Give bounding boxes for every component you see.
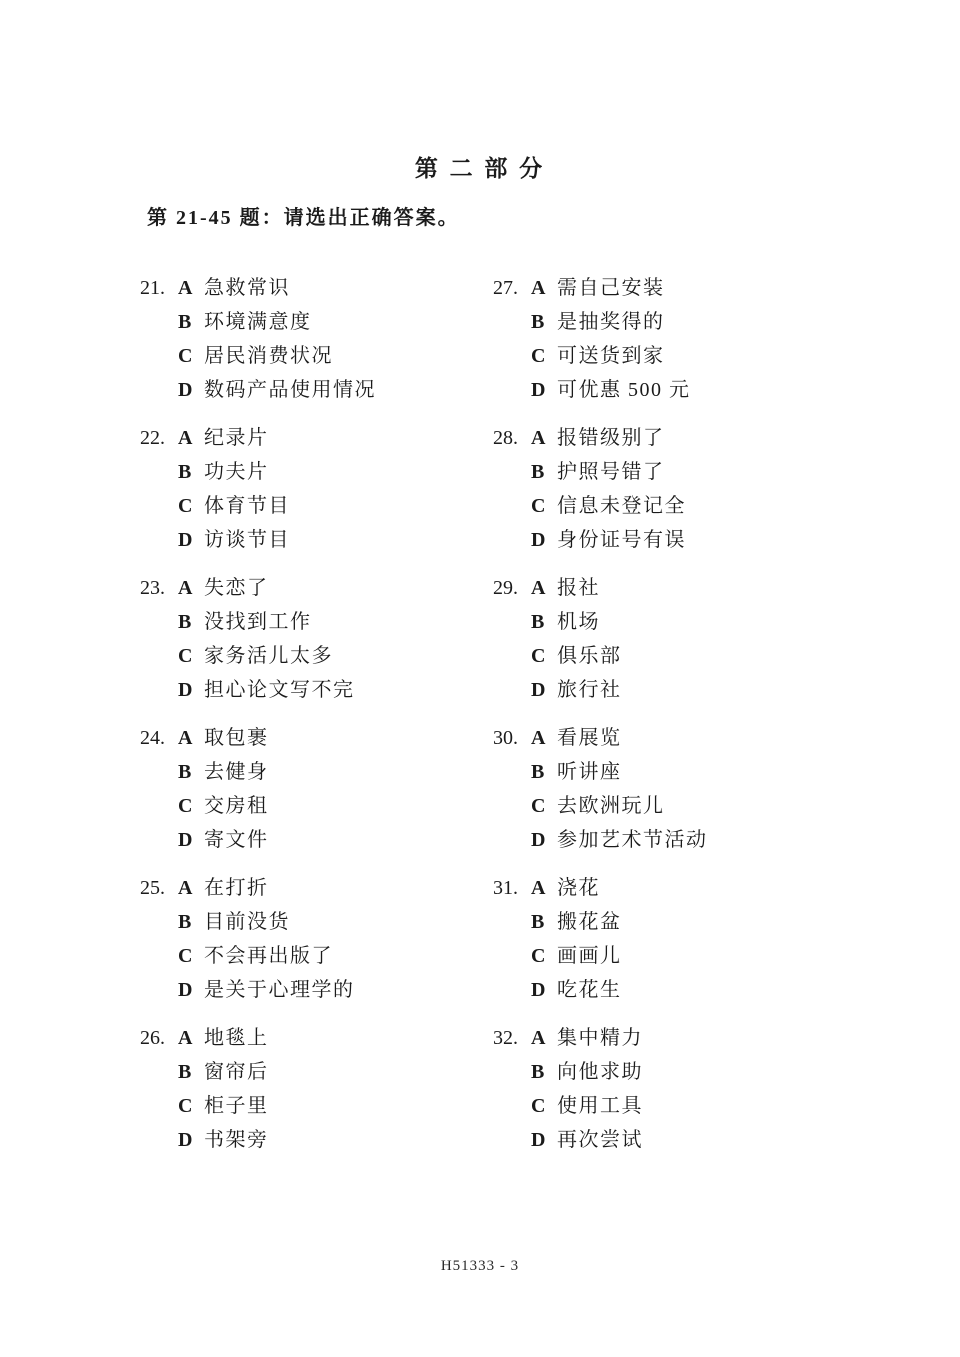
options-list: A 浇花 B 搬花盆 C 画画儿 D 吃花生 xyxy=(531,871,708,1007)
footer-page-code: H51333 - 3 xyxy=(0,1258,960,1275)
question-number: 22. xyxy=(140,421,178,455)
option-row: A 需自己安装 xyxy=(531,271,708,305)
option-letter: D xyxy=(178,1123,204,1157)
option-row: A 取包裹 xyxy=(178,721,493,755)
option-row: C 信息未登记全 xyxy=(531,489,708,523)
option-row: B 功夫片 xyxy=(178,455,493,489)
question-block: 21. A 急救常识 B 环境满意度 C 居民消费状况 D 数码产品使用情况 xyxy=(140,271,493,421)
options-list: A 取包裹 B 去健身 C 交房租 D 寄文件 xyxy=(178,721,493,857)
option-text: 使用工具 xyxy=(557,1089,643,1123)
question-number: 32. xyxy=(493,1021,531,1055)
option-row: A 报社 xyxy=(531,571,708,605)
options-list: A 看展览 B 听讲座 C 去欧洲玩儿 D 参加艺术节活动 xyxy=(531,721,708,857)
option-row: B 护照号错了 xyxy=(531,455,708,489)
option-text: 吃花生 xyxy=(557,973,622,1007)
option-text: 失恋了 xyxy=(204,571,269,605)
option-text: 是关于心理学的 xyxy=(204,973,355,1007)
option-letter: A xyxy=(531,1021,557,1055)
option-row: C 体育节目 xyxy=(178,489,493,523)
option-row: C 画画儿 xyxy=(531,939,708,973)
option-letter: B xyxy=(178,1055,204,1089)
option-text: 地毯上 xyxy=(204,1021,269,1055)
question-number: 28. xyxy=(493,421,531,455)
options-list: A 报社 B 机场 C 俱乐部 D 旅行社 xyxy=(531,571,708,707)
question-block: 24. A 取包裹 B 去健身 C 交房租 D 寄文件 xyxy=(140,721,493,871)
option-text: 家务活儿太多 xyxy=(204,639,333,673)
option-text: 可优惠 500 元 xyxy=(557,373,691,407)
option-row: B 环境满意度 xyxy=(178,305,493,339)
option-letter: A xyxy=(178,721,204,755)
option-text: 纪录片 xyxy=(204,421,269,455)
options-list: A 地毯上 B 窗帘后 C 柜子里 D 书架旁 xyxy=(178,1021,493,1157)
option-letter: A xyxy=(531,571,557,605)
option-text: 柜子里 xyxy=(204,1089,269,1123)
part-title: 第 二 部 分 xyxy=(0,150,960,183)
option-row: D 参加艺术节活动 xyxy=(531,823,708,857)
option-letter: B xyxy=(531,1055,557,1089)
options-list: A 在打折 B 目前没货 C 不会再出版了 D 是关于心理学的 xyxy=(178,871,493,1007)
option-text: 机场 xyxy=(557,605,600,639)
option-letter: D xyxy=(531,823,557,857)
options-list: A 急救常识 B 环境满意度 C 居民消费状况 D 数码产品使用情况 xyxy=(178,271,493,407)
option-row: D 书架旁 xyxy=(178,1123,493,1157)
options-list: A 集中精力 B 向他求助 C 使用工具 D 再次尝试 xyxy=(531,1021,708,1157)
option-text: 数码产品使用情况 xyxy=(204,373,376,407)
question-block: 28. A 报错级别了 B 护照号错了 C 信息未登记全 D 身份证号有误 xyxy=(493,421,708,571)
options-list: A 需自己安装 B 是抽奖得的 C 可送货到家 D 可优惠 500 元 xyxy=(531,271,708,407)
option-text: 交房租 xyxy=(204,789,269,823)
option-letter: B xyxy=(531,905,557,939)
option-letter: C xyxy=(531,639,557,673)
option-text: 俱乐部 xyxy=(557,639,622,673)
options-list: A 失恋了 B 没找到工作 C 家务活儿太多 D 担心论文写不完 xyxy=(178,571,493,707)
option-letter: D xyxy=(178,973,204,1007)
option-letter: D xyxy=(531,673,557,707)
question-block: 31. A 浇花 B 搬花盆 C 画画儿 D 吃花生 xyxy=(493,871,708,1021)
option-letter: A xyxy=(178,571,204,605)
option-row: A 急救常识 xyxy=(178,271,493,305)
option-text: 目前没货 xyxy=(204,905,290,939)
option-letter: D xyxy=(178,523,204,557)
option-letter: C xyxy=(531,339,557,373)
question-block: 22. A 纪录片 B 功夫片 C 体育节目 D 访谈节目 xyxy=(140,421,493,571)
option-letter: D xyxy=(531,973,557,1007)
option-row: D 可优惠 500 元 xyxy=(531,373,708,407)
option-text: 看展览 xyxy=(557,721,622,755)
option-row: B 搬花盆 xyxy=(531,905,708,939)
option-row: C 不会再出版了 xyxy=(178,939,493,973)
option-letter: C xyxy=(531,1089,557,1123)
exam-page: 第 二 部 分 第 21-45 题：请选出正确答案。 21. A 急救常识 B … xyxy=(0,0,960,1357)
option-letter: A xyxy=(531,721,557,755)
option-row: B 去健身 xyxy=(178,755,493,789)
option-letter: A xyxy=(178,1021,204,1055)
question-number: 31. xyxy=(493,871,531,905)
option-text: 功夫片 xyxy=(204,455,269,489)
option-row: D 担心论文写不完 xyxy=(178,673,493,707)
option-text: 向他求助 xyxy=(557,1055,643,1089)
option-text: 没找到工作 xyxy=(204,605,312,639)
question-number: 23. xyxy=(140,571,178,605)
option-row: A 纪录片 xyxy=(178,421,493,455)
question-block: 30. A 看展览 B 听讲座 C 去欧洲玩儿 D 参加艺术节活动 xyxy=(493,721,708,871)
option-letter: D xyxy=(178,823,204,857)
option-row: C 柜子里 xyxy=(178,1089,493,1123)
option-row: C 交房租 xyxy=(178,789,493,823)
option-row: B 机场 xyxy=(531,605,708,639)
option-text: 浇花 xyxy=(557,871,600,905)
option-text: 参加艺术节活动 xyxy=(557,823,708,857)
option-text: 窗帘后 xyxy=(204,1055,269,1089)
option-text: 环境满意度 xyxy=(204,305,312,339)
option-letter: C xyxy=(178,1089,204,1123)
option-row: B 是抽奖得的 xyxy=(531,305,708,339)
option-text: 不会再出版了 xyxy=(204,939,333,973)
question-block: 32. A 集中精力 B 向他求助 C 使用工具 D 再次尝试 xyxy=(493,1021,708,1171)
option-letter: C xyxy=(178,789,204,823)
option-letter: B xyxy=(178,905,204,939)
option-row: B 向他求助 xyxy=(531,1055,708,1089)
option-text: 再次尝试 xyxy=(557,1123,643,1157)
option-row: A 地毯上 xyxy=(178,1021,493,1055)
option-letter: D xyxy=(531,1123,557,1157)
question-block: 29. A 报社 B 机场 C 俱乐部 D 旅行社 xyxy=(493,571,708,721)
option-row: D 身份证号有误 xyxy=(531,523,708,557)
option-row: C 俱乐部 xyxy=(531,639,708,673)
option-row: A 失恋了 xyxy=(178,571,493,605)
option-row: C 去欧洲玩儿 xyxy=(531,789,708,823)
option-letter: C xyxy=(531,939,557,973)
option-letter: C xyxy=(531,489,557,523)
option-text: 听讲座 xyxy=(557,755,622,789)
option-text: 身份证号有误 xyxy=(557,523,686,557)
option-row: D 再次尝试 xyxy=(531,1123,708,1157)
option-letter: B xyxy=(178,755,204,789)
option-row: D 数码产品使用情况 xyxy=(178,373,493,407)
option-letter: A xyxy=(178,421,204,455)
instruction-text: 第 21-45 题：请选出正确答案。 xyxy=(147,201,460,230)
option-text: 搬花盆 xyxy=(557,905,622,939)
option-text: 集中精力 xyxy=(557,1021,643,1055)
option-letter: B xyxy=(178,605,204,639)
option-text: 急救常识 xyxy=(204,271,290,305)
option-row: B 没找到工作 xyxy=(178,605,493,639)
option-text: 在打折 xyxy=(204,871,269,905)
option-text: 去欧洲玩儿 xyxy=(557,789,665,823)
question-number: 21. xyxy=(140,271,178,305)
option-text: 去健身 xyxy=(204,755,269,789)
option-text: 护照号错了 xyxy=(557,455,665,489)
option-letter: C xyxy=(531,789,557,823)
option-letter: C xyxy=(178,939,204,973)
option-text: 体育节目 xyxy=(204,489,290,523)
option-text: 信息未登记全 xyxy=(557,489,686,523)
option-text: 是抽奖得的 xyxy=(557,305,665,339)
option-row: D 访谈节目 xyxy=(178,523,493,557)
option-letter: B xyxy=(178,305,204,339)
option-letter: A xyxy=(531,271,557,305)
option-letter: D xyxy=(531,523,557,557)
option-row: A 看展览 xyxy=(531,721,708,755)
question-number: 24. xyxy=(140,721,178,755)
option-text: 画画儿 xyxy=(557,939,622,973)
option-letter: B xyxy=(531,755,557,789)
option-letter: B xyxy=(178,455,204,489)
option-row: C 使用工具 xyxy=(531,1089,708,1123)
questions-grid: 21. A 急救常识 B 环境满意度 C 居民消费状况 D 数码产品使用情况 2… xyxy=(140,271,708,1171)
option-row: B 听讲座 xyxy=(531,755,708,789)
option-text: 担心论文写不完 xyxy=(204,673,355,707)
option-row: C 家务活儿太多 xyxy=(178,639,493,673)
option-text: 居民消费状况 xyxy=(204,339,333,373)
option-text: 报错级别了 xyxy=(557,421,665,455)
option-letter: A xyxy=(531,421,557,455)
option-text: 访谈节目 xyxy=(204,523,290,557)
option-letter: C xyxy=(178,489,204,523)
question-block: 26. A 地毯上 B 窗帘后 C 柜子里 D 书架旁 xyxy=(140,1021,493,1171)
option-row: A 浇花 xyxy=(531,871,708,905)
question-number: 27. xyxy=(493,271,531,305)
option-text: 寄文件 xyxy=(204,823,269,857)
question-number: 29. xyxy=(493,571,531,605)
question-number: 25. xyxy=(140,871,178,905)
option-letter: A xyxy=(178,271,204,305)
question-block: 25. A 在打折 B 目前没货 C 不会再出版了 D 是关于心理学的 xyxy=(140,871,493,1021)
options-list: A 报错级别了 B 护照号错了 C 信息未登记全 D 身份证号有误 xyxy=(531,421,708,557)
option-text: 报社 xyxy=(557,571,600,605)
option-text: 书架旁 xyxy=(204,1123,269,1157)
option-row: B 目前没货 xyxy=(178,905,493,939)
option-row: D 旅行社 xyxy=(531,673,708,707)
option-row: A 报错级别了 xyxy=(531,421,708,455)
option-row: C 可送货到家 xyxy=(531,339,708,373)
option-row: D 是关于心理学的 xyxy=(178,973,493,1007)
option-text: 旅行社 xyxy=(557,673,622,707)
option-text: 需自己安装 xyxy=(557,271,665,305)
options-list: A 纪录片 B 功夫片 C 体育节目 D 访谈节目 xyxy=(178,421,493,557)
question-number: 30. xyxy=(493,721,531,755)
option-letter: B xyxy=(531,455,557,489)
option-letter: B xyxy=(531,305,557,339)
option-letter: C xyxy=(178,639,204,673)
option-row: D 吃花生 xyxy=(531,973,708,1007)
option-letter: A xyxy=(531,871,557,905)
question-block: 23. A 失恋了 B 没找到工作 C 家务活儿太多 D 担心论文写不完 xyxy=(140,571,493,721)
option-row: D 寄文件 xyxy=(178,823,493,857)
question-block: 27. A 需自己安装 B 是抽奖得的 C 可送货到家 D 可优惠 500 元 xyxy=(493,271,708,421)
option-row: C 居民消费状况 xyxy=(178,339,493,373)
option-letter: D xyxy=(531,373,557,407)
option-text: 取包裹 xyxy=(204,721,269,755)
question-number: 26. xyxy=(140,1021,178,1055)
option-letter: D xyxy=(178,673,204,707)
option-row: A 集中精力 xyxy=(531,1021,708,1055)
option-letter: B xyxy=(531,605,557,639)
option-letter: A xyxy=(178,871,204,905)
option-letter: C xyxy=(178,339,204,373)
option-row: A 在打折 xyxy=(178,871,493,905)
option-row: B 窗帘后 xyxy=(178,1055,493,1089)
option-letter: D xyxy=(178,373,204,407)
option-text: 可送货到家 xyxy=(557,339,665,373)
